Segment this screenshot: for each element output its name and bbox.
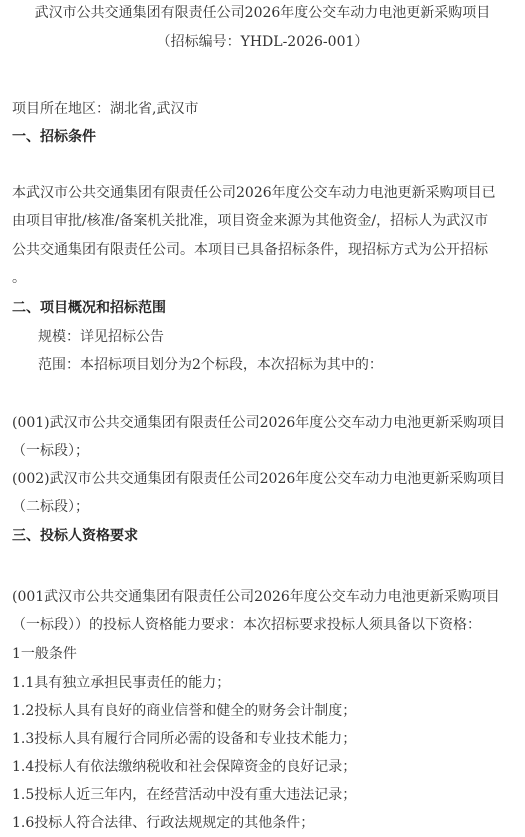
lot-line: (002)武汉市公共交通集团有限责任公司2026年度公交车动力电池更新采购项目 (12, 470, 505, 488)
paragraph-line: 由项目审批/核准/备案机关批准，项目资金来源为其他资金/，招标人为武汉市 (12, 212, 488, 230)
qualification-intro: (001武汉市公共交通集团有限责任公司2026年度公交车动力电池更新采购项目 (12, 588, 500, 606)
project-region: 项目所在地区：湖北省,武汉市 (12, 100, 198, 118)
lot-line: (001)武汉市公共交通集团有限责任公司2026年度公交车动力电池更新采购项目 (12, 414, 505, 432)
scope-text: 范围：本招标项目划分为2个标段，本次招标为其中的： (38, 356, 383, 374)
section-heading-2: 二、项目概况和招标范围 (12, 299, 166, 317)
document-title: 武汉市公共交通集团有限责任公司2026年度公交车动力电池更新采购项目 (0, 4, 525, 22)
condition-item: 1.3投标人具有履行合同所必需的设备和专业技术能力； (12, 730, 356, 748)
lot-line: （二标段）； (12, 498, 89, 516)
condition-item: 1.4投标人有依法缴纳税收和社会保障资金的良好记录； (12, 758, 356, 776)
general-conditions: 1一般条件 (12, 645, 77, 663)
condition-item: 1.2投标人具有良好的商业信誉和健全的财务会计制度； (12, 702, 356, 720)
section-heading-3: 三、投标人资格要求 (12, 527, 138, 545)
condition-item: 1.6投标人符合法律、行政法规规定的其他条件； (12, 814, 314, 832)
paragraph-line: 。 (12, 269, 26, 287)
lot-line: （一标段）； (12, 442, 89, 460)
condition-item: 1.1具有独立承担民事责任的能力； (12, 674, 230, 692)
scale-text: 规模：详见招标公告 (38, 328, 164, 346)
section-heading-1: 一、招标条件 (12, 128, 96, 146)
condition-item: 1.5投标人近三年内，在经营活动中没有重大违法记录； (12, 786, 356, 804)
paragraph-line: 公共交通集团有限责任公司。本项目已具备招标条件，现招标方式为公开招标 (12, 241, 488, 259)
tender-number: （招标编号：YHDL-2026-001） (0, 33, 525, 51)
paragraph-line: 本武汉市公共交通集团有限责任公司2026年度公交车动力电池更新采购项目已 (12, 184, 496, 202)
qualification-intro: （一标段））的投标人资格能力要求：本次招标要求投标人须具备以下资格： (12, 616, 481, 634)
